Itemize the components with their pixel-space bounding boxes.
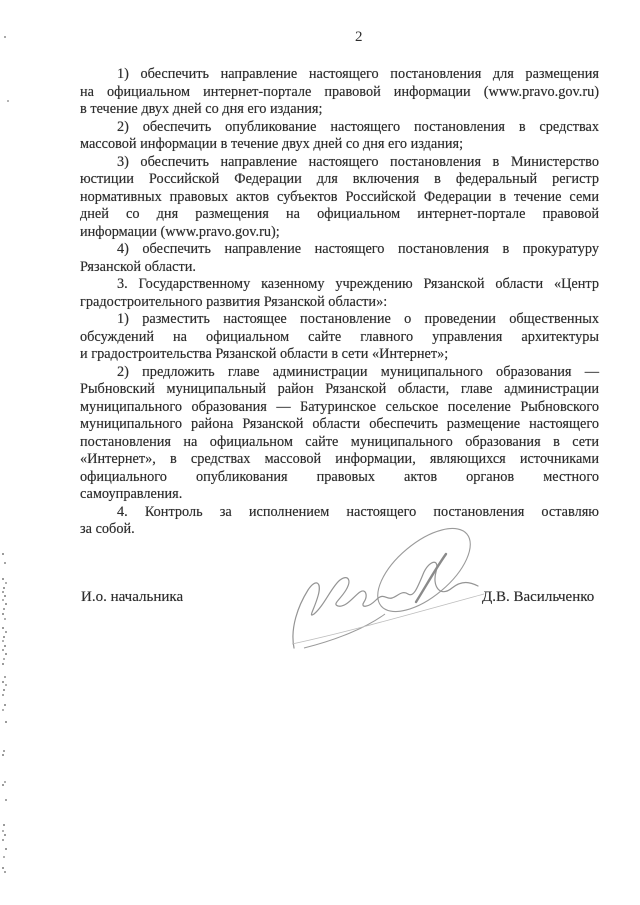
scanned-document-page: 2 1) обеспечить направление настоящего п… (0, 0, 640, 905)
text-line: постановления на официальном сайте муниц… (80, 434, 599, 452)
text-line: массовой информации в течение двух дней … (80, 136, 599, 154)
paragraph-7: 2) предложить главе администрации муници… (80, 364, 599, 504)
text-line: самоуправления. (80, 486, 599, 504)
text-line: муниципального района Рязанской области … (80, 416, 599, 434)
text-line: обсуждений на официальном сайте главного… (80, 329, 599, 347)
text-line: 2) обеспечить опубликование настоящего п… (80, 119, 599, 137)
text-line: Рязанской области. (80, 259, 599, 277)
paragraph-2: 2) обеспечить опубликование настоящего п… (80, 119, 599, 154)
text-line: в течение двух дней со дня его издания; (80, 101, 599, 119)
handwritten-signature-icon (288, 508, 493, 656)
paragraph-1: 1) обеспечить направление настоящего пос… (80, 66, 599, 119)
text-line: муниципального образования — Батуринское… (80, 399, 599, 417)
text-line: «Интернет», в средствах массовой информа… (80, 451, 599, 469)
text-line: 1) обеспечить направление настоящего пос… (80, 66, 599, 84)
text-line: информации (www.pravo.gov.ru); (80, 224, 599, 242)
text-line: 3. Государственному казенному учреждению… (80, 276, 599, 294)
text-line: юстиции Российской Федерации для включен… (80, 171, 599, 189)
text-line: и градостроительства Рязанской области в… (80, 346, 599, 364)
paragraph-5: 3. Государственному казенному учреждению… (80, 276, 599, 311)
text-line: дней со дня размещения на официальном ин… (80, 206, 599, 224)
text-line: нормативных правовых актов субъектов Рос… (80, 189, 599, 207)
document-body: 1) обеспечить направление настоящего пос… (80, 66, 599, 539)
signer-role-label: И.о. начальника (81, 589, 183, 606)
page-number: 2 (344, 29, 374, 46)
text-line: 4) обеспечить направление настоящего пос… (80, 241, 599, 259)
paragraph-4: 4) обеспечить направление настоящего пос… (80, 241, 599, 276)
text-line: на официальном интернет-портале правовой… (80, 84, 599, 102)
text-line: 1) разместить настоящее постановление о … (80, 311, 599, 329)
signer-name: Д.В. Васильченко (482, 589, 594, 606)
scan-noise-speckles (4, 36, 6, 38)
text-line: 3) обеспечить направление настоящего пос… (80, 154, 599, 172)
text-line: Рыбновский муниципальный район Рязанской… (80, 381, 599, 399)
text-line: градостроительного развития Рязанской об… (80, 294, 599, 312)
text-line: официального опубликования правовых акто… (80, 469, 599, 487)
paragraph-3: 3) обеспечить направление настоящего пос… (80, 154, 599, 242)
text-line: 2) предложить главе администрации муници… (80, 364, 599, 382)
paragraph-6: 1) разместить настоящее постановление о … (80, 311, 599, 364)
